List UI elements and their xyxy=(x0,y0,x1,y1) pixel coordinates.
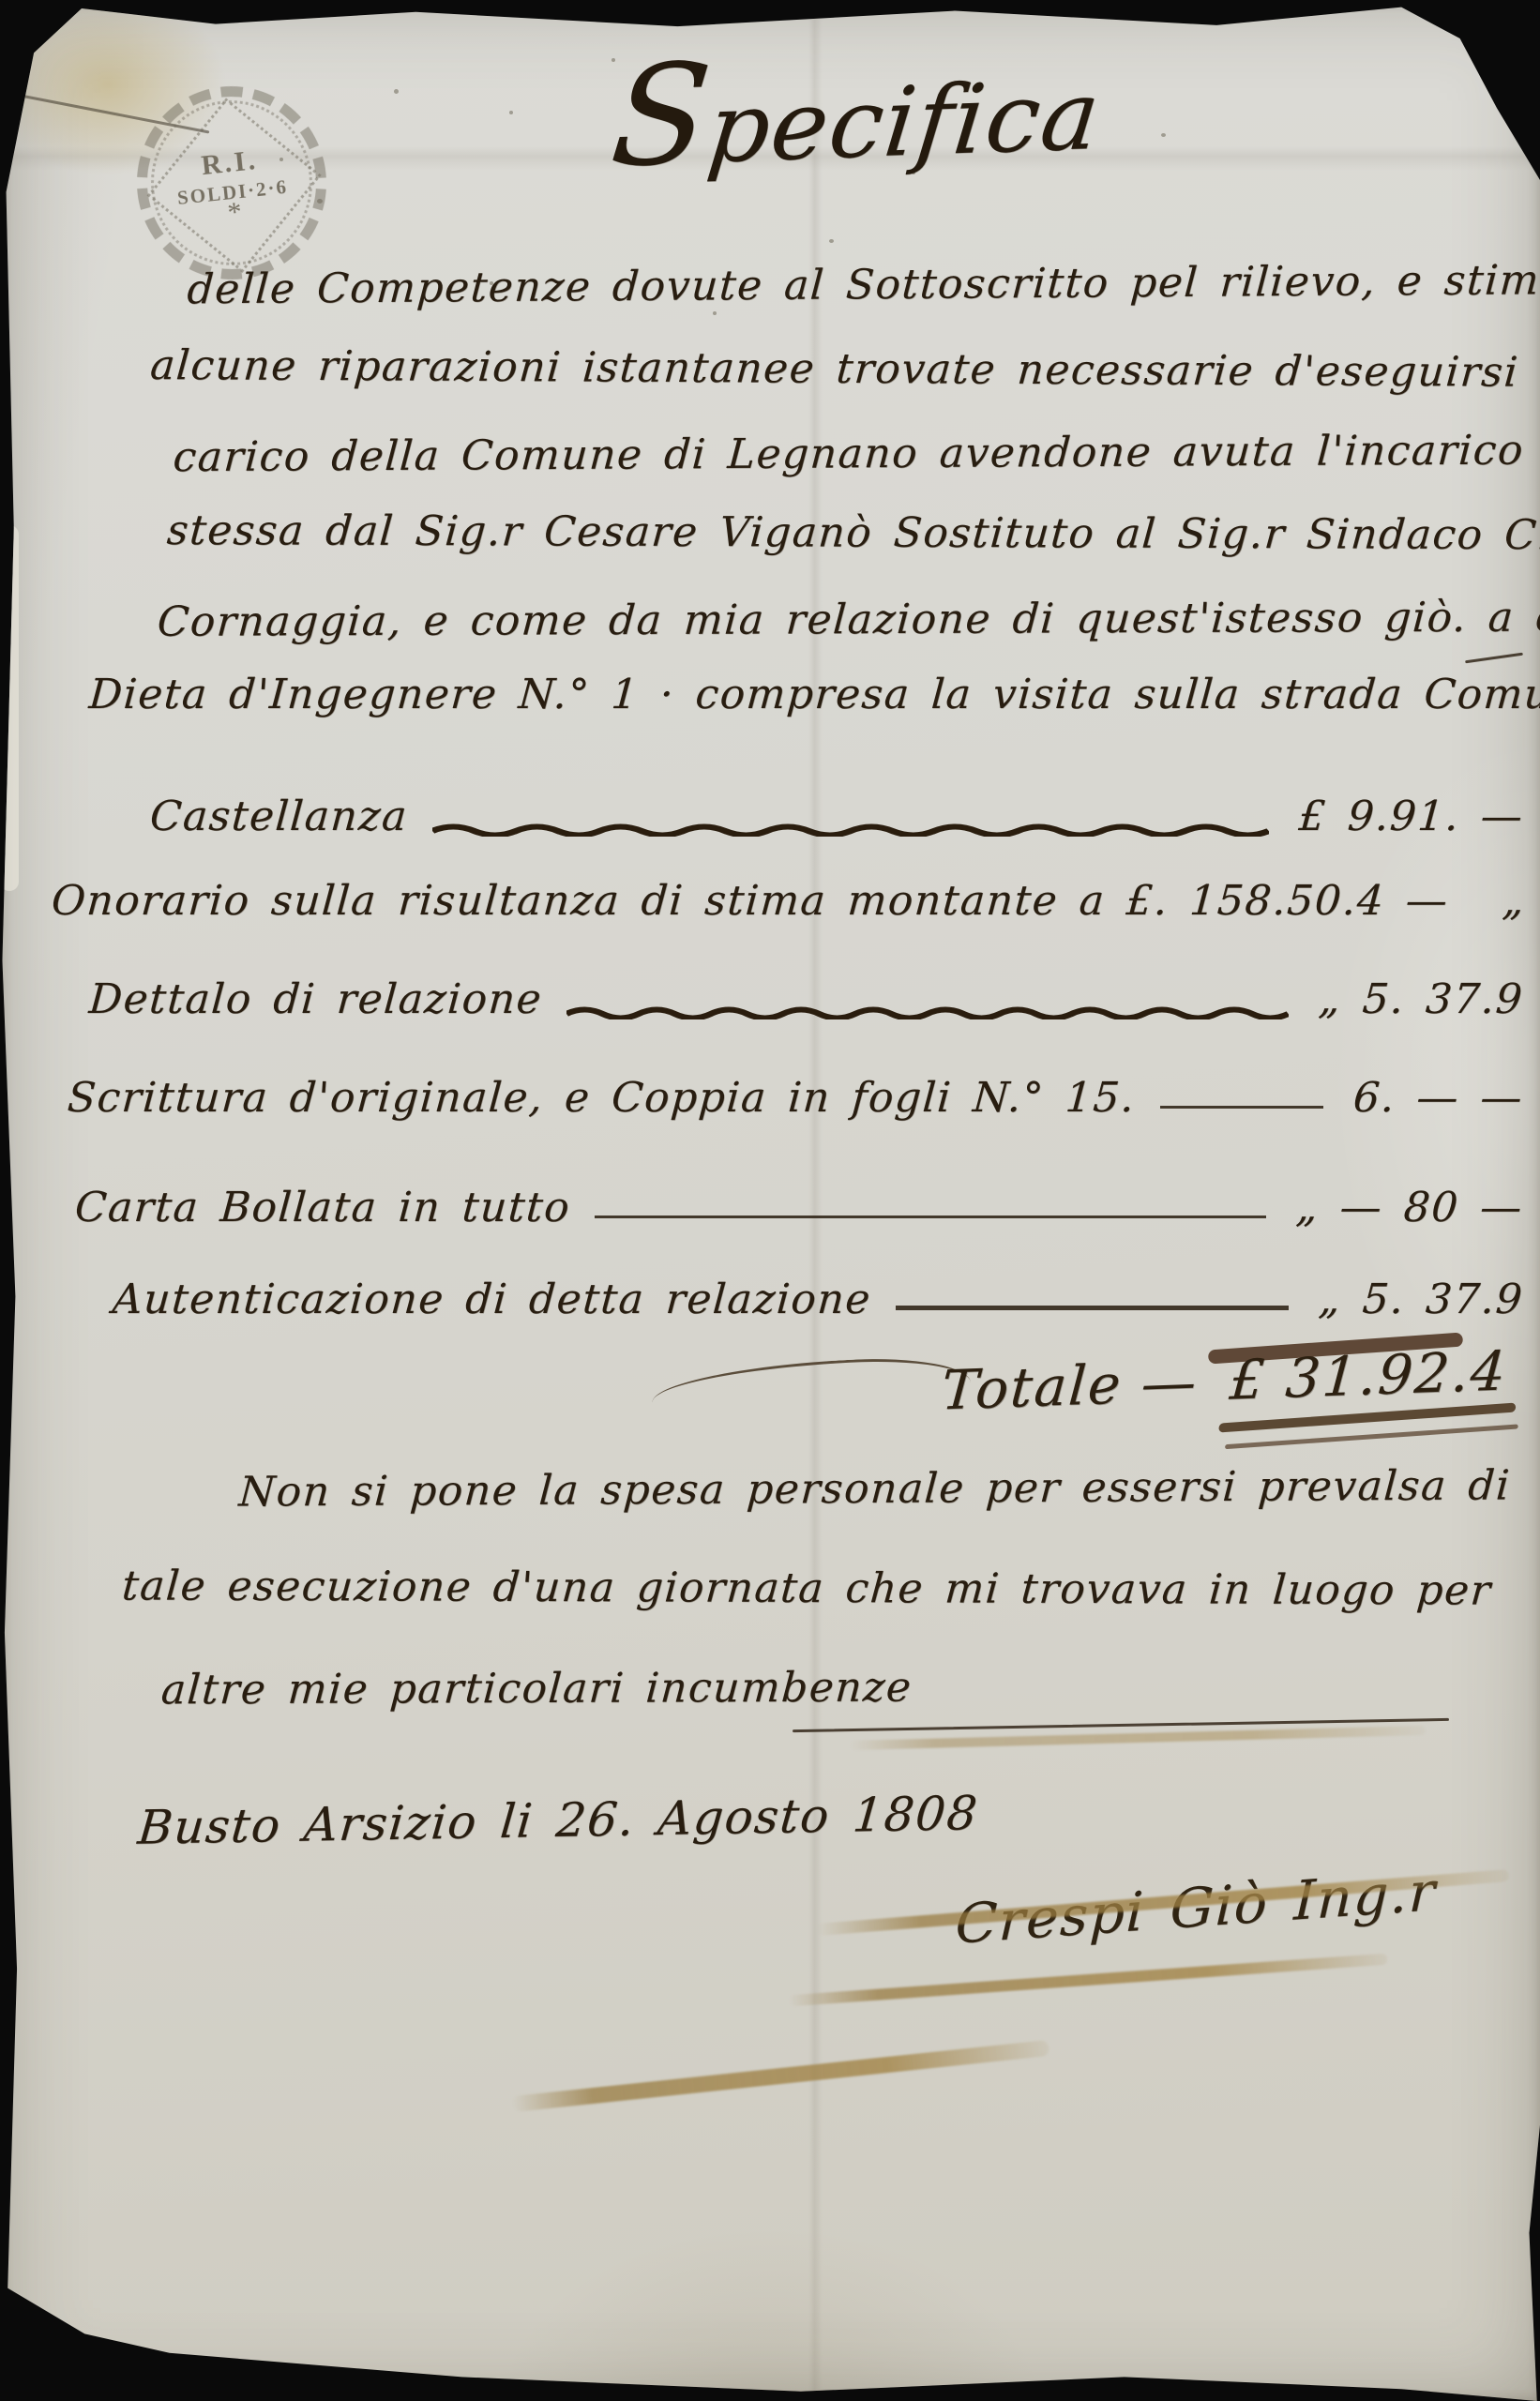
expense-row: Onorario sulla risultanza di stima monta… xyxy=(52,877,1523,925)
expense-amount: 6. — — xyxy=(1351,1074,1525,1122)
ruled-filler xyxy=(595,1216,1266,1218)
expense-label: Dettalo di relazione xyxy=(87,975,544,1023)
expense-label: Castellanza xyxy=(148,793,409,840)
expense-label: Autenticazione di detta relazione xyxy=(111,1276,872,1323)
paper-speck xyxy=(1161,133,1166,137)
paper-speck xyxy=(611,58,615,62)
expense-row: Scrittura d'originale, e Coppia in fogli… xyxy=(68,1074,1523,1122)
revenue-stamp: R.I. SOLDI·2·6 * xyxy=(128,77,336,289)
ruled-filler xyxy=(896,1306,1289,1310)
dateline: Busto Arsizio li 26. Agosto 1808 xyxy=(136,1786,981,1855)
manuscript-line: tale esecuzione d'una giornata che mi tr… xyxy=(120,1562,1493,1614)
ruled-filler xyxy=(566,1003,1289,1019)
expense-label: Onorario sulla risultanza di stima monta… xyxy=(50,877,1450,925)
manuscript-line: carico della Comune di Legnano avendone … xyxy=(172,426,1540,481)
paper-speck xyxy=(829,239,834,243)
expense-amount: „ 5. 37.9 xyxy=(1317,1276,1525,1323)
stamp-text: R.I. SOLDI·2·6 * xyxy=(128,77,336,289)
expense-amount: „ — 80 — xyxy=(1294,1184,1524,1231)
total-label: Totale — xyxy=(940,1350,1200,1422)
document-title: Specifica xyxy=(605,20,1110,198)
stamp-ornament-icon: * xyxy=(227,205,242,219)
manuscript-line: delle Competenze dovute al Sottoscritto … xyxy=(186,256,1540,314)
photo-frame: R.I. SOLDI·2·6 * Specifica delle Compete… xyxy=(0,0,1540,2401)
faded-ink-stroke xyxy=(788,1954,1387,2007)
manuscript-line: Cornaggia, e come da mia relazione di qu… xyxy=(156,593,1540,646)
expense-amount: „ 5.17 — xyxy=(1502,877,1540,925)
expense-amount: £ 9.91. — xyxy=(1297,793,1525,840)
stamp-authority: R.I. xyxy=(200,144,260,182)
document-page: R.I. SOLDI·2·6 * Specifica delle Compete… xyxy=(0,0,1540,2401)
manuscript-line: altre mie particolari incumbenze xyxy=(159,1664,913,1714)
expense-label: Scrittura d'originale, e Coppia in fogli… xyxy=(66,1074,1137,1122)
expense-row: Autenticazione di detta relazione „ 5. 3… xyxy=(113,1276,1523,1323)
total-amount: £ 31.92.4 xyxy=(1228,1339,1509,1412)
ruled-filler xyxy=(432,820,1269,837)
expense-label: Carta Bollata in tutto xyxy=(73,1184,572,1231)
paper-speck xyxy=(509,111,513,114)
paper-speck xyxy=(713,311,717,315)
paper-speck xyxy=(394,89,399,94)
expense-row: Dieta d'Ingegnere N.° 1 · compresa la vi… xyxy=(89,671,1523,718)
faded-ink-stroke xyxy=(512,2040,1050,2112)
expense-row: Dettalo di relazione „ 5. 37.9 xyxy=(89,975,1523,1023)
expense-label: Dieta d'Ingegnere N.° 1 · compresa la vi… xyxy=(87,671,1540,718)
manuscript-line: Non si pone la spesa personale per esser… xyxy=(237,1461,1512,1516)
expense-amount: „ 5. 37.9 xyxy=(1317,975,1525,1023)
total-flourish xyxy=(651,1353,972,1422)
expense-row: Castellanza £ 9.91. — xyxy=(150,793,1523,840)
manuscript-line: alcune riparazioni istantanee trovate ne… xyxy=(148,341,1540,397)
ruled-filler xyxy=(1160,1106,1324,1109)
expense-row: Carta Bollata in tutto „ — 80 — xyxy=(75,1184,1523,1231)
torn-edge-highlight xyxy=(0,525,19,891)
trailing-dash xyxy=(1465,653,1523,664)
manuscript-line: stessa dal Sig.r Cesare Viganò Sostituto… xyxy=(165,506,1540,560)
total-row: Totale — £ 31.92.4 xyxy=(940,1339,1510,1423)
